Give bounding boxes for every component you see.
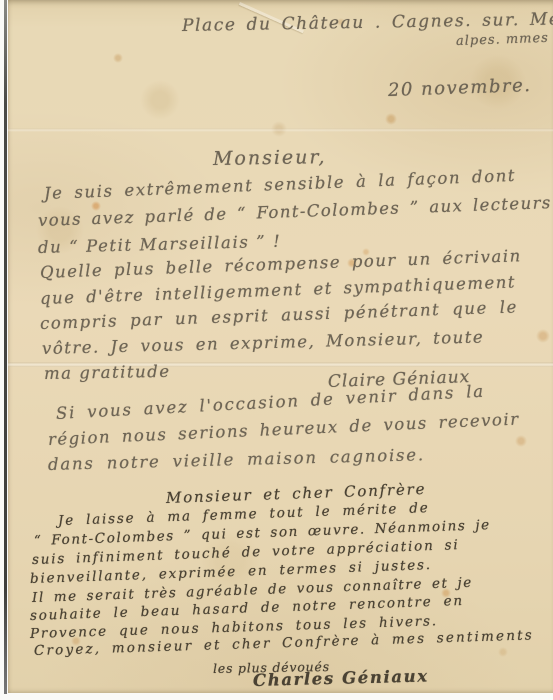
scan-edge-line: [4, 0, 7, 694]
claire-line-8: ma gratitude: [44, 362, 171, 383]
scanned-letter: Place du Château . Cagnes. sur. Mer alpe…: [0, 0, 553, 700]
fold-crease-upper: [8, 128, 553, 132]
salutation-claire: Monsieur,: [213, 146, 327, 170]
